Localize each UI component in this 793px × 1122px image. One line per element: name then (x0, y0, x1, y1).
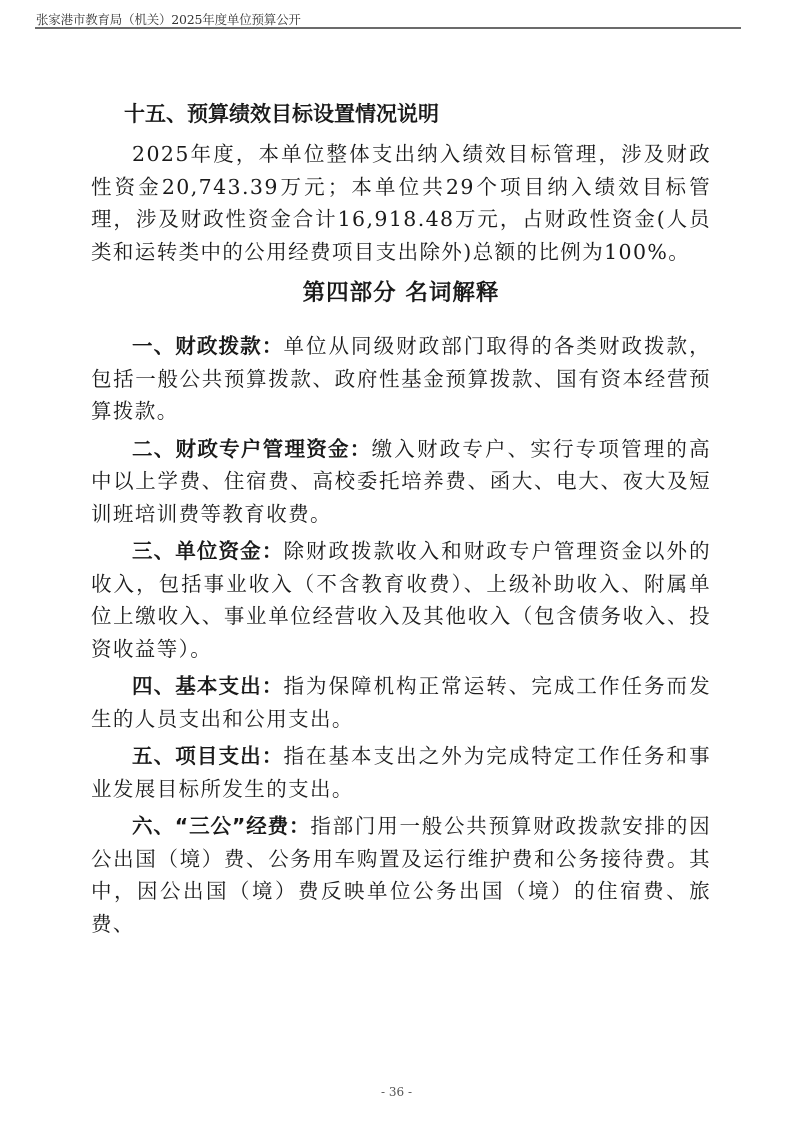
section-title: 十五、预算绩效目标设置情况说明 (124, 100, 711, 128)
term-label: 四、基本支出： (132, 674, 283, 698)
header-rule (35, 27, 741, 29)
term-label: 二、财政专户管理资金： (132, 437, 372, 461)
term-label: 六、“三公”经费： (132, 814, 310, 838)
term-label: 一、财政拨款： (132, 334, 283, 358)
part-title: 第四部分 名词解释 (91, 271, 711, 315)
running-header: 张家港市教育局（机关）2025年度单位预算公开 (36, 10, 488, 28)
section-body: 2025年度，本单位整体支出纳入绩效目标管理，涉及财政性资金20,743.39万… (91, 138, 711, 268)
term-label: 三、单位资金： (132, 539, 283, 563)
term-definition: 五、项目支出：指在基本支出之外为完成特定工作任务和事业发展目标所发生的支出。 (91, 740, 711, 805)
term-definition: 二、财政专户管理资金：缴入财政专户、实行专项管理的高中以上学费、住宿费、高校委托… (91, 433, 711, 531)
term-definition: 一、财政拨款：单位从同级财政部门取得的各类财政拨款，包括一般公共预算拨款、政府性… (91, 330, 711, 428)
term-definition: 六、“三公”经费：指部门用一般公共预算财政拨款安排的因公出国（境）费、公务用车购… (91, 810, 711, 940)
term-definition: 四、基本支出：指为保障机构正常运转、完成工作任务而发生的人员支出和公用支出。 (91, 670, 711, 735)
term-definition: 三、单位资金：除财政拨款收入和财政专户管理资金以外的收入，包括事业收入（不含教育… (91, 535, 711, 665)
page-number: - 36 - (0, 1085, 793, 1099)
page-content: 十五、预算绩效目标设置情况说明 2025年度，本单位整体支出纳入绩效目标管理，涉… (91, 100, 711, 940)
term-label: 五、项目支出： (132, 744, 283, 768)
